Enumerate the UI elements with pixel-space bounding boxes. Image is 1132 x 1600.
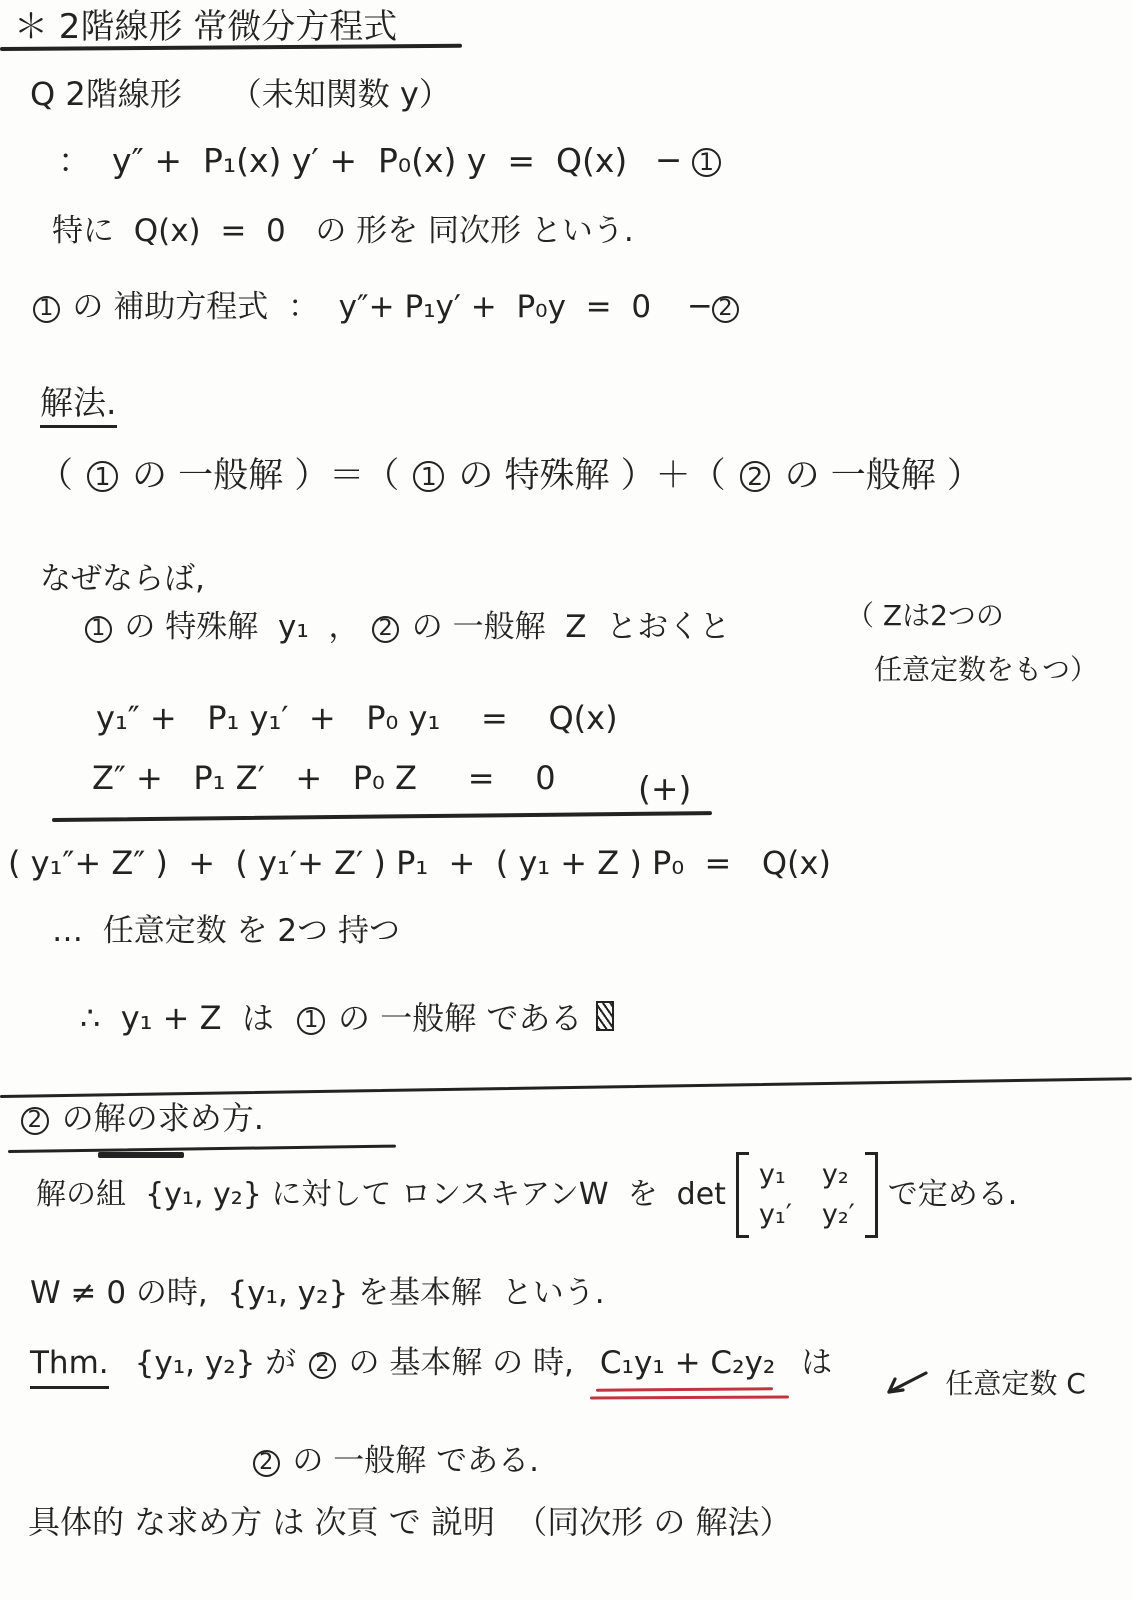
qed-box	[596, 1001, 614, 1031]
basis-definition: W ≠ 0 の時, {y₁, y₂} を基本解 という.	[30, 1274, 605, 1313]
eq-particular-solution: y₁″ + P₁ y₁′ + P₀ y₁ = Q(x)	[96, 698, 618, 738]
eq-homogeneous-solution: Z″ + P₁ Z′ + P₀ Z = 0	[92, 758, 556, 798]
matrix-cell-r1c2: y₂	[822, 1158, 855, 1192]
circled-1: 1	[413, 461, 444, 492]
setup-note-line2: 任意定数をもつ）	[874, 652, 1098, 687]
setup-note-line1: （ Zは2つの	[846, 598, 1004, 633]
arrow-southwest-icon	[880, 1296, 933, 1470]
page-title: ＊ 2階線形 常微分方程式	[14, 6, 397, 49]
annotation-text: 任意定数 C	[945, 1366, 1085, 1401]
circled-2: 2	[253, 1450, 280, 1477]
circled-2: 2	[309, 1352, 336, 1379]
matrix-cell-r2c2: y₂′	[822, 1198, 855, 1232]
plus-mark: (+)	[638, 768, 691, 809]
notes-page: ＊ 2階線形 常微分方程式 Q 2階線形 （未知関数 y） ： y″ + P₁(…	[0, 0, 1132, 1600]
wronskian-matrix: y₁ y₂ y₁′ y₂′	[736, 1152, 878, 1238]
solution-decomposition: （ 1 の 一般解 ）＝（ 1 の 特殊解 ）＋（ 2 の 一般解 ）	[38, 455, 982, 499]
matrix-cell-r1c1: y₁	[759, 1158, 792, 1192]
eq-sum: ( y₁″+ Z″ ) + ( y₁′+ Z′ ) P₁ + ( y₁ + Z …	[8, 843, 831, 883]
homogeneous-note: 特に Q(x) = 0 の 形を 同次形 という.	[52, 212, 634, 251]
circled-1: 1	[297, 1007, 325, 1035]
auxiliary-equation: 1 の 補助方程式 ： y″+ P₁y′ + P₀y = 0 ─2	[30, 288, 742, 327]
theorem-conclusion: 2 の 一般解 である.	[250, 1442, 539, 1481]
wronskian-text-post: で定める.	[888, 1176, 1018, 1214]
theorem-tail: は	[801, 1344, 832, 1383]
section-divider	[0, 1077, 1132, 1098]
circled-1: 1	[692, 148, 721, 177]
circled-1: 1	[33, 296, 60, 323]
constants-note: … 任意定数 を 2つ 持つ	[52, 912, 400, 951]
conclusion-text: ∴ y₁ + Z は 1 の 一般解 である	[80, 999, 582, 1037]
theorem-label: Thm.	[30, 1344, 109, 1389]
circled-1: 1	[87, 461, 118, 492]
matrix-cell-r2c1: y₁′	[759, 1198, 792, 1232]
intro-heading: Q 2階線形 （未知関数 y）	[30, 74, 451, 114]
matrix-cells: y₁ y₂ y₁′ y₂′	[749, 1152, 865, 1238]
circled-1: 1	[85, 616, 112, 643]
footer-note: 具体的 な求め方 は 次頁 で 説明 （同次形 の 解法）	[28, 1502, 792, 1542]
conclusion-line: ∴ y₁ + Z は 1 の 一般解 である	[80, 998, 614, 1038]
solve-heading: 2 の解の求め方.	[18, 1098, 264, 1138]
theorem-body: {y₁, y₂} が 2 の 基本解 の 時,	[135, 1344, 574, 1383]
eq-general: ： y″ + P₁(x) y′ + P₀(x) y = Q(x) ─ 1	[58, 140, 724, 181]
constant-annotation: 任意定数 C	[880, 1296, 1086, 1470]
circled-2: 2	[712, 296, 739, 323]
solution-setup: 1 の 特殊解 y₁ ， 2 の 一般解 Z とおくと	[82, 608, 730, 647]
method-heading-text: 解法.	[40, 383, 117, 428]
matrix-bracket-left	[736, 1152, 749, 1238]
because-note: なぜならば,	[40, 560, 205, 599]
theorem-expression: C₁y₁ + C₂y₂	[600, 1344, 775, 1383]
matrix-bracket-right	[865, 1152, 878, 1238]
theorem-line: Thm. {y₁, y₂} が 2 の 基本解 の 時, C₁y₁ + C₂y₂…	[30, 1344, 832, 1389]
circled-2: 2	[21, 1107, 49, 1135]
method-heading: 解法.	[40, 382, 117, 423]
circled-2: 2	[740, 461, 771, 492]
sum-rule-line	[52, 811, 712, 822]
wronskian-definition: 解の組 {y₁, y₂} に対して ロンスキアンW を det y₁ y₂ y₁…	[36, 1152, 1017, 1238]
circled-2: 2	[372, 616, 399, 643]
wronskian-text-pre: 解の組 {y₁, y₂} に対して ロンスキアンW を det	[36, 1176, 726, 1214]
